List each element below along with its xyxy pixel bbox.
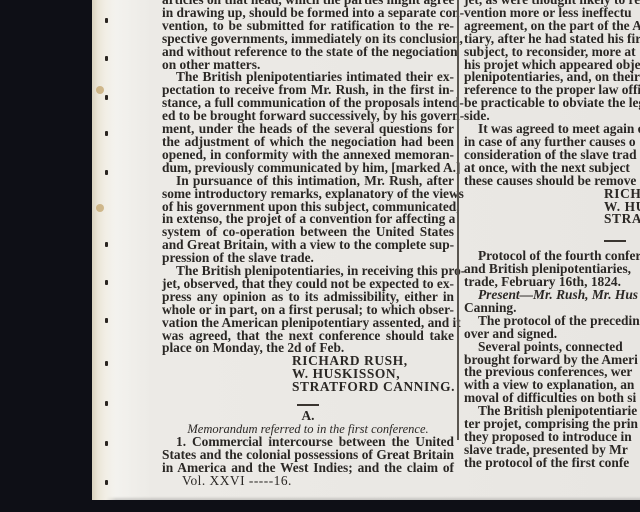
- stitch-hole-icon: [105, 361, 108, 366]
- section-rule: [297, 404, 319, 406]
- left-para-2: The British plenipotentiaries intimated …: [162, 71, 454, 174]
- right-para-6: Several points, connected brought forwar…: [464, 341, 640, 406]
- stitch-hole-icon: [105, 401, 108, 406]
- section-rule: [604, 240, 626, 242]
- right-para-4: Present—Mr. Rush, Mr. Hus Canning.: [464, 289, 640, 315]
- stitch-hole-icon: [105, 56, 108, 61]
- left-para-1: articles on that head, which the parties…: [162, 0, 454, 71]
- text-line: the protocol of the first confe: [464, 457, 640, 470]
- column-divider: [457, 0, 459, 440]
- stitch-hole-icon: [105, 131, 108, 136]
- annex-body: 1. Commercial intercourse between the Un…: [162, 436, 454, 475]
- right-para-3: Protocol of the fourth confer and Britis…: [464, 250, 640, 289]
- right-para-5: The protocol of the precedin over and si…: [464, 315, 640, 341]
- age-stain: [96, 86, 104, 94]
- right-para-2: It was agreed to meet again o in case of…: [464, 123, 640, 188]
- left-column: articles on that head, which the parties…: [162, 0, 454, 488]
- right-column: jet, as were thought likely to ren venti…: [464, 0, 640, 470]
- left-para-3: In pursuance of this intimation, Mr. Rus…: [162, 175, 454, 265]
- signature-canning-partial: STRAT: [464, 213, 640, 226]
- left-para-4: The British plenipotentiaries, in receiv…: [162, 265, 454, 355]
- signature-block: RICHARD RUSH, W. HUSKISSON, STRATFORD CA…: [162, 355, 454, 394]
- age-stain: [96, 204, 104, 212]
- scan-scene: articles on that head, which the parties…: [0, 0, 640, 512]
- newspaper-page: articles on that head, which the parties…: [92, 0, 640, 500]
- right-signature-block: RICHA W. HU STRAT: [464, 188, 640, 227]
- stitch-hole-icon: [105, 480, 108, 485]
- right-para-7: The British plenipotentiarie ter projet,…: [464, 405, 640, 470]
- stitch-hole-icon: [105, 18, 108, 23]
- stitch-hole-icon: [105, 441, 108, 446]
- stitch-hole-icon: [105, 95, 108, 100]
- stitch-hole-icon: [105, 170, 108, 175]
- stitch-hole-icon: [105, 318, 108, 323]
- right-para-1: jet, as were thought likely to ren venti…: [464, 0, 640, 123]
- stitch-hole-icon: [105, 242, 108, 247]
- deckled-page-edge: [92, 0, 116, 500]
- stitch-hole-icon: [105, 280, 108, 285]
- volume-footer: Vol. XXVI -----16.: [162, 475, 454, 488]
- text-line: be practicable to obviate the leg: [464, 97, 640, 110]
- signature-canning: STRATFORD CANNING.: [162, 381, 454, 394]
